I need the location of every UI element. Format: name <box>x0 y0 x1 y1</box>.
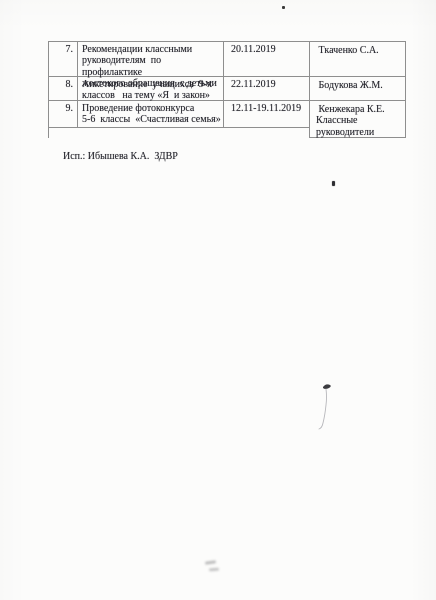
smudge-stroke <box>205 560 216 565</box>
table-row: 7. Рекомендации классными руководителям … <box>49 42 406 77</box>
row-number-cell: 7. <box>49 42 78 77</box>
responsible-cell: Ткаченко С.А. <box>309 42 406 77</box>
ink-speck-artifact <box>332 181 335 186</box>
row-number-cell: 9. <box>49 101 78 128</box>
smudge-stroke <box>209 568 219 572</box>
row-number-cell: 8. <box>49 77 78 101</box>
activity-cell: Рекомендации классными руководителям по … <box>78 42 224 77</box>
date-cell: 12.11-19.11.2019 <box>224 101 309 128</box>
executor-line: Исп.: Ибышева К.А. ЗДВР <box>63 151 178 163</box>
table-row: 8. Анкетирование учащихся 9-х классов на… <box>49 77 406 101</box>
table-row: 9. Проведение фотоконкурса 5-6 классы «С… <box>49 101 406 138</box>
pencil-smudge-artifact <box>203 558 225 576</box>
date-cell: 20.11.2019 <box>224 42 309 77</box>
activity-cell: Проведение фотоконкурса 5-6 классы «Счас… <box>78 101 224 128</box>
scanned-document-page: 7. Рекомендации классными руководителям … <box>0 0 436 600</box>
ink-dot-artifact <box>282 6 285 9</box>
date-cell: 22.11.2019 <box>224 77 309 101</box>
responsible-cell: Бодукова Ж.М. <box>309 77 406 101</box>
responsible-cell: Кенжекара К.Е. Классные руководители <box>309 101 406 138</box>
pen-scribble-artifact <box>308 380 348 435</box>
activities-table: 7. Рекомендации классными руководителям … <box>48 41 406 138</box>
activity-cell: Анкетирование учащихся 9-х классов на те… <box>78 77 224 101</box>
